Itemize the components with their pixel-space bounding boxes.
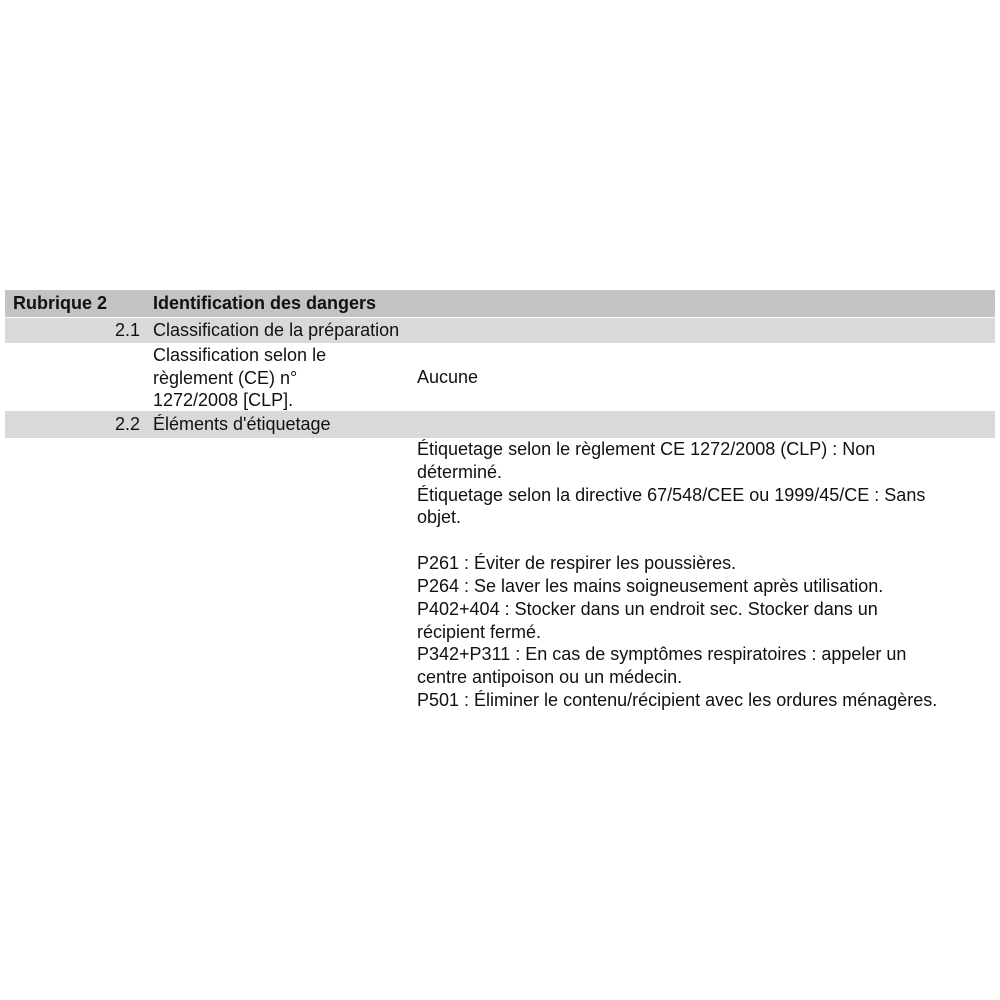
labeling-elements-text: Étiquetage selon le règlement CE 1272/20… — [417, 438, 997, 712]
subsection-2-1-number: 2.1 — [0, 319, 140, 342]
labeling-line: Étiquetage selon la directive 67/548/CEE… — [417, 484, 997, 507]
labeling-line: déterminé. — [417, 461, 997, 484]
classification-label: Classification selon le règlement (CE) n… — [153, 344, 326, 412]
subsection-2-2-title: Éléments d'étiquetage — [153, 413, 331, 436]
labeling-line: objet. — [417, 506, 997, 529]
precautionary-statement: centre antipoison ou un médecin. — [417, 666, 997, 689]
precautionary-statement: P342+P311 : En cas de symptômes respirat… — [417, 643, 997, 666]
subsection-2-1-title: Classification de la préparation — [153, 319, 399, 342]
classification-label-line: règlement (CE) n° — [153, 367, 326, 390]
precautionary-statement: P402+404 : Stocker dans un endroit sec. … — [417, 598, 997, 621]
precautionary-statement: P261 : Éviter de respirer les poussières… — [417, 552, 997, 575]
blank-line — [417, 529, 997, 552]
classification-label-line: 1272/2008 [CLP]. — [153, 389, 326, 412]
classification-value: Aucune — [417, 366, 478, 389]
labeling-line: Étiquetage selon le règlement CE 1272/20… — [417, 438, 997, 461]
subsection-2-2-number: 2.2 — [0, 413, 140, 436]
section-title: Identification des dangers — [153, 292, 376, 315]
precautionary-statement: P264 : Se laver les mains soigneusement … — [417, 575, 997, 598]
classification-label-line: Classification selon le — [153, 344, 326, 367]
section-label: Rubrique 2 — [13, 292, 107, 315]
precautionary-statement: récipient fermé. — [417, 621, 997, 644]
precautionary-statement: P501 : Éliminer le contenu/récipient ave… — [417, 689, 997, 712]
